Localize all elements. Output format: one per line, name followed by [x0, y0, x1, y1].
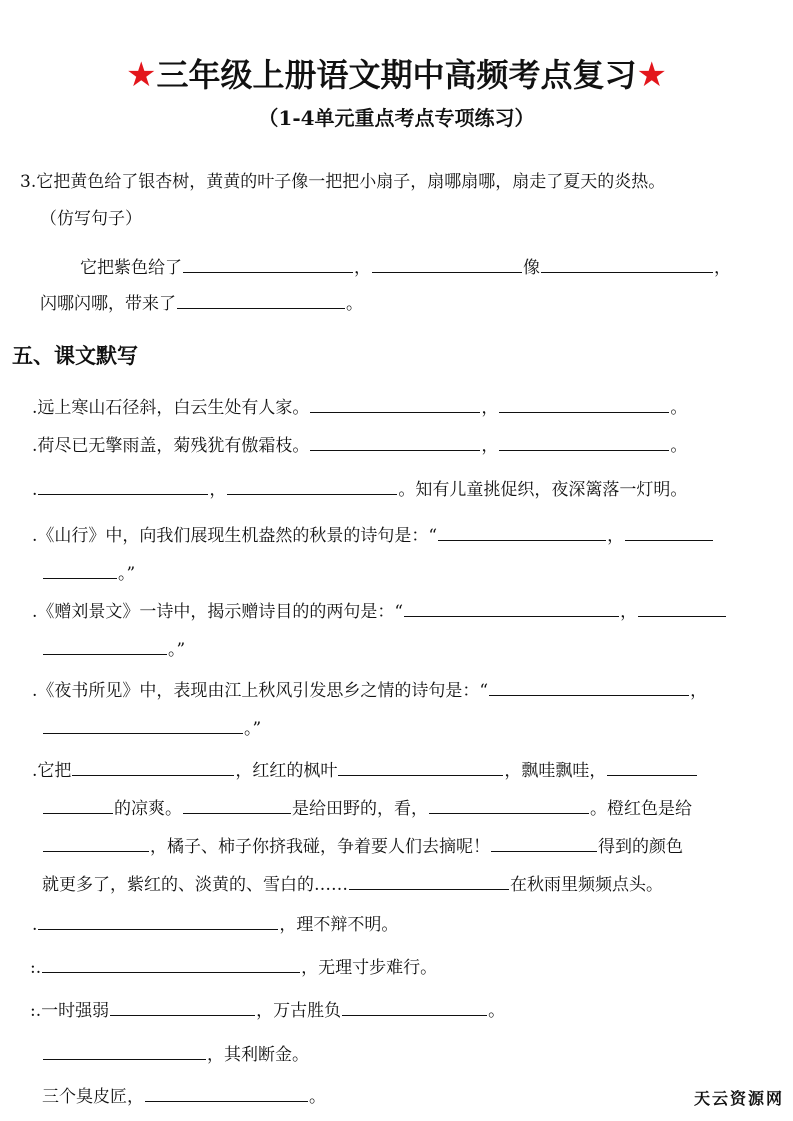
answer-blank[interactable] [310, 394, 480, 413]
passage-line-1: .它把，红红的枫叶，飘哇飘哇， [32, 757, 698, 781]
list-item-continued: 。” [42, 715, 261, 739]
answer-blank[interactable] [429, 795, 589, 814]
answer-blank[interactable] [110, 997, 255, 1016]
passage-line-2: 的凉爽。是给田野的，看，。橙红色是给 [42, 795, 692, 819]
list-item: .《夜书所见》中，表现由江上秋风引发思乡之情的诗句是：“， [32, 677, 707, 701]
answer-blank[interactable] [183, 795, 291, 814]
answer-blank[interactable] [499, 432, 669, 451]
list-item: .《山行》中，向我们展现生机盎然的秋景的诗句是：“， [32, 522, 714, 546]
answer-blank[interactable] [43, 560, 117, 579]
answer-blank[interactable] [38, 476, 208, 495]
list-item: .，理不辩不明。 [32, 911, 398, 935]
list-item: ，其利断金。 [42, 1041, 309, 1065]
passage-line-4: 就更多了，紫红的、淡黄的、雪白的……在秋雨里频频点头。 [42, 871, 663, 895]
answer-blank[interactable] [72, 757, 234, 776]
list-item-continued: 。” [42, 560, 135, 584]
answer-blank[interactable] [43, 795, 113, 814]
list-item-continued: 。” [42, 636, 185, 660]
q3-line1: 它把紫色给了，像， [80, 254, 731, 278]
answer-blank[interactable] [342, 997, 487, 1016]
answer-blank[interactable] [438, 522, 606, 541]
answer-blank[interactable] [38, 911, 278, 930]
answer-blank[interactable] [43, 833, 149, 852]
answer-blank[interactable] [489, 677, 689, 696]
answer-blank[interactable] [349, 871, 509, 890]
list-item: .《赠刘景文》一诗中，揭示赠诗目的的两句是：“， [32, 598, 727, 622]
list-item: .远上寒山石径斜，白云生处有人家。，。 [32, 394, 687, 418]
list-item: .，。知有儿童挑促织，夜深篱落一灯明。 [32, 476, 687, 500]
page-subtitle: （1-4单元重点考点专项练习） [0, 102, 793, 131]
answer-blank[interactable] [625, 522, 713, 541]
answer-blank[interactable] [638, 598, 726, 617]
answer-blank[interactable] [310, 432, 480, 451]
passage-line-3: ，橘子、柿子你挤我碰，争着要人们去摘呢！得到的颜色 [42, 833, 683, 857]
q3-line2: 闪哪闪哪，带来了。 [40, 290, 363, 314]
answer-blank[interactable] [607, 757, 697, 776]
answer-blank[interactable] [43, 1041, 206, 1060]
section-heading: 五、课文默写 [12, 340, 138, 370]
answer-blank[interactable] [42, 954, 300, 973]
star-icon: ★ [126, 55, 156, 95]
q3-prompt: 3.它把黄色给了银杏树，黄黄的叶子像一把把小扇子，扇哪扇哪，扇走了夏天的炎热。 [20, 170, 665, 194]
answer-blank[interactable] [338, 757, 503, 776]
answer-blank[interactable] [404, 598, 619, 617]
answer-blank[interactable] [499, 394, 669, 413]
answer-blank[interactable] [183, 254, 353, 273]
answer-blank[interactable] [145, 1083, 308, 1102]
list-item: :.，无理寸步难行。 [30, 954, 437, 978]
answer-blank[interactable] [177, 290, 345, 309]
list-item: 三个臭皮匠，。 [42, 1083, 326, 1107]
answer-blank[interactable] [541, 254, 713, 273]
page-title: ★三年级上册语文期中高频考点复习★ [0, 50, 793, 96]
answer-blank[interactable] [491, 833, 597, 852]
answer-blank[interactable] [227, 476, 397, 495]
answer-blank[interactable] [372, 254, 522, 273]
star-icon: ★ [637, 55, 667, 95]
watermark: 天云资源网 [694, 1086, 784, 1109]
answer-blank[interactable] [43, 636, 167, 655]
q3-instruction: （仿写句子） [40, 207, 142, 231]
answer-blank[interactable] [43, 715, 243, 734]
list-item: .荷尽已无擎雨盖，菊残犹有傲霜枝。，。 [32, 432, 687, 456]
list-item: :.一时强弱，万古胜负。 [30, 997, 505, 1021]
